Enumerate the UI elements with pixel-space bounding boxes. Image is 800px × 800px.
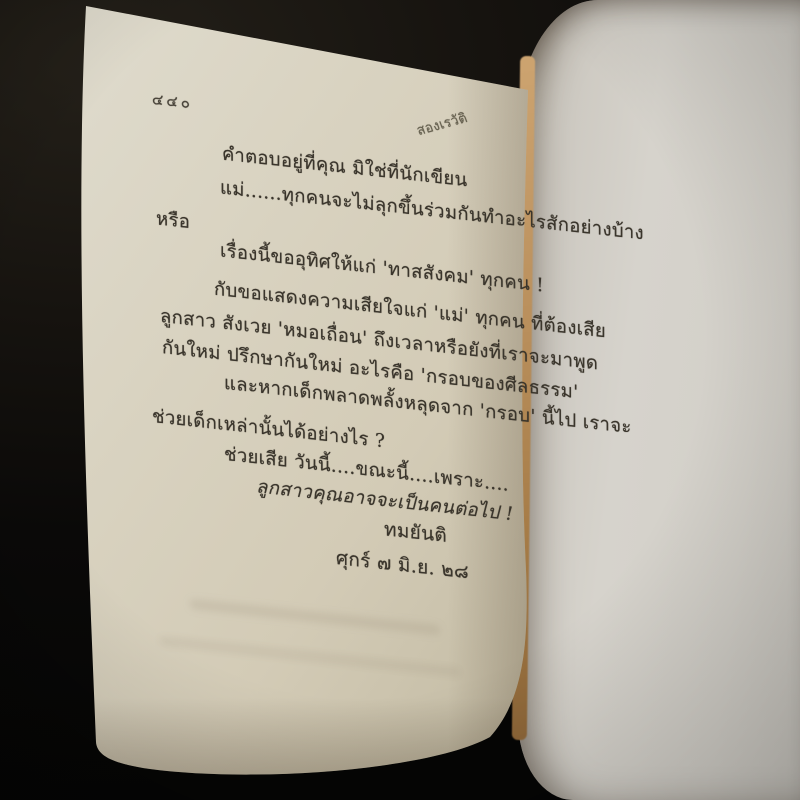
date-line: ศุกร์ ๗ มิ.ย. ๒๘ [336,549,469,582]
author-signature: ทมยันติ [384,520,447,546]
book-photo: ๔๔๐ สองเรวัติ คำตอบอยู่ที่คุณ มิใช่ที่นั… [0,0,800,800]
page-number: ๔๔๐ [152,92,193,111]
running-header: สองเรวัติ [415,112,470,139]
text-line: หรือ [156,210,190,232]
text-line: แม่......ทุกคนจะไม่ลุกขึ้นร่วมกันทำอะไรส… [220,179,644,244]
printed-text-block: ๔๔๐ สองเรวัติ คำตอบอยู่ที่คุณ มิใช่ที่นั… [152,86,582,693]
text-line: ช่วยเด็กเหล่านั้นได้อย่างไร ? [152,408,385,452]
